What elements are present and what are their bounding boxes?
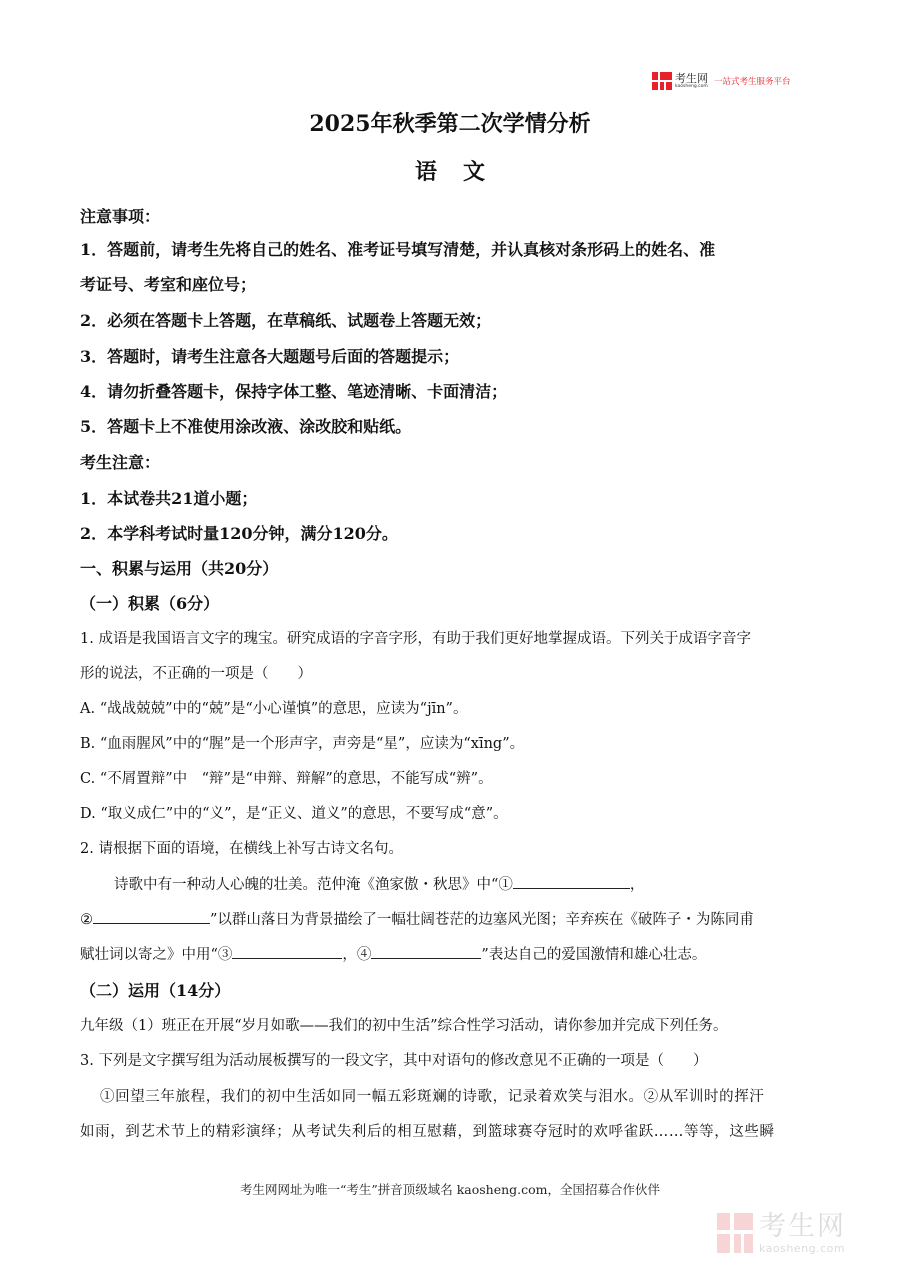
candidate-notes-heading: 考生注意： — [80, 450, 160, 473]
candidate-note-item: 1．本试卷共21道小题； — [80, 486, 257, 509]
page-footer: 考生网网址为唯一“考生”拼音顶级域名 kaosheng.com，全国招募合作伙伴 — [0, 1180, 900, 1198]
context-text: ”以群山落日为背景描绘了一幅壮阔苍茫的边塞风光图；辛弃疾在《破阵子・为陈同甫 — [210, 912, 754, 928]
question-3-passage: ①回望三年旅程，我们的初中生活如同一幅五彩斑斓的诗歌，记录着欢笑与泪水。②从军训… — [100, 1085, 764, 1106]
question-2-context-line: 诗歌中有一种动人心魄的壮美。范仲淹《渔家傲・秋思》中“①， — [114, 873, 644, 894]
part-heading: （二）运用（14分） — [80, 978, 230, 1001]
notices-heading: 注意事项： — [80, 204, 160, 227]
question-1-option-b: B. “血雨腥风”中的“腥”是一个形声字，声旁是“星”，应读为“xīng”。 — [80, 732, 524, 753]
exam-title: 2025年秋季第二次学情分析 — [0, 107, 900, 138]
answer-blank-1[interactable] — [513, 873, 630, 889]
answer-blank-3[interactable] — [232, 943, 342, 959]
context-text: ”表达自己的爱国激情和雄心壮志。 — [481, 947, 706, 963]
logo-name: 考生网 — [675, 73, 708, 84]
context-text: 诗歌中有一种动人心魄的壮美。范仲淹《渔家傲・秋思》中“① — [114, 877, 513, 893]
question-1-stem: 1. 成语是我国语言文字的瑰宝。研究成语的字音字形，有助于我们更好地掌握成语。下… — [80, 627, 751, 648]
question-1-option-d: D. “取义成仁”中的“义”，是“正义、道义”的意思，不要写成“意”。 — [80, 802, 508, 823]
question-2-context-line: 赋壮词以寄之》中用“③，④”表达自己的爱国激情和雄心壮志。 — [80, 943, 706, 964]
context-text: ② — [80, 912, 93, 928]
question-2-stem: 2. 请根据下面的语境，在横线上补写古诗文名句。 — [80, 837, 403, 858]
kaosheng-watermark-icon — [717, 1213, 753, 1253]
activity-intro: 九年级（1）班正在开展“岁月如歌——我们的初中生活”综合性学习活动，请你参加并完… — [80, 1014, 728, 1035]
question-2-context-line: ②”以群山落日为背景描绘了一幅壮阔苍茫的边塞风光图；辛弃疾在《破阵子・为陈同甫 — [80, 908, 754, 929]
exam-subject: 语文 — [0, 155, 900, 186]
question-3-passage: 如雨，到艺术节上的精彩演绎；从考试失利后的相互慰藉，到篮球赛夺冠时的欢呼雀跃……… — [80, 1120, 775, 1141]
question-1-stem-cont: 形的说法，不正确的一项是（ ） — [80, 662, 312, 683]
notice-item: 3．答题时，请考生注意各大题题号后面的答题提示； — [80, 344, 459, 367]
question-1-option-c: C. “不屑置辩”中 “辩”是“申辩、辩解”的意思，不能写成“辨”。 — [80, 767, 493, 788]
question-3-stem: 3. 下列是文字撰写组为活动展板撰写的一段文字，其中对语句的修改意见不正确的一项… — [80, 1049, 707, 1070]
watermark-name: 考生网 — [759, 1213, 846, 1240]
answer-blank-2[interactable] — [93, 908, 210, 924]
watermark-domain: kaosheng.com — [759, 1242, 846, 1255]
notice-item: 5．答题卡上不准使用涂改液、涂改胶和贴纸。 — [80, 414, 411, 437]
candidate-note-item: 2．本学科考试时量120分钟，满分120分。 — [80, 521, 398, 544]
notice-item: 4．请勿折叠答题卡，保持字体工整、笔迹清晰、卡面清洁； — [80, 379, 507, 402]
logo-domain: kaosheng.com — [675, 85, 708, 90]
brand-logo: 考生网 kaosheng.com 一站式考生服务平台 — [652, 72, 791, 90]
brand-slogan: 一站式考生服务平台 — [714, 75, 791, 87]
section-heading: 一、积累与运用（共20分） — [80, 556, 278, 579]
notice-item: 2．必须在答题卡上答题，在草稿纸、试题卷上答题无效； — [80, 308, 491, 331]
part-heading: （一）积累（6分） — [80, 591, 219, 614]
question-1-option-a: A. “战战兢兢”中的“兢”是“小心谨慎”的意思，应读为“jīn”。 — [80, 697, 467, 718]
context-text: 赋壮词以寄之》中用“③ — [80, 947, 232, 963]
context-text: ， — [630, 877, 645, 893]
watermark: 考生网 kaosheng.com — [717, 1213, 846, 1255]
notice-item: 考证号、考室和座位号； — [80, 272, 256, 295]
notice-item: 1．答题前，请考生先将自己的姓名、准考证号填写清楚，并认真核对条形码上的姓名、准 — [80, 237, 715, 260]
context-text: ，④ — [342, 947, 371, 963]
kaosheng-logo-icon — [652, 72, 672, 90]
answer-blank-4[interactable] — [371, 943, 481, 959]
